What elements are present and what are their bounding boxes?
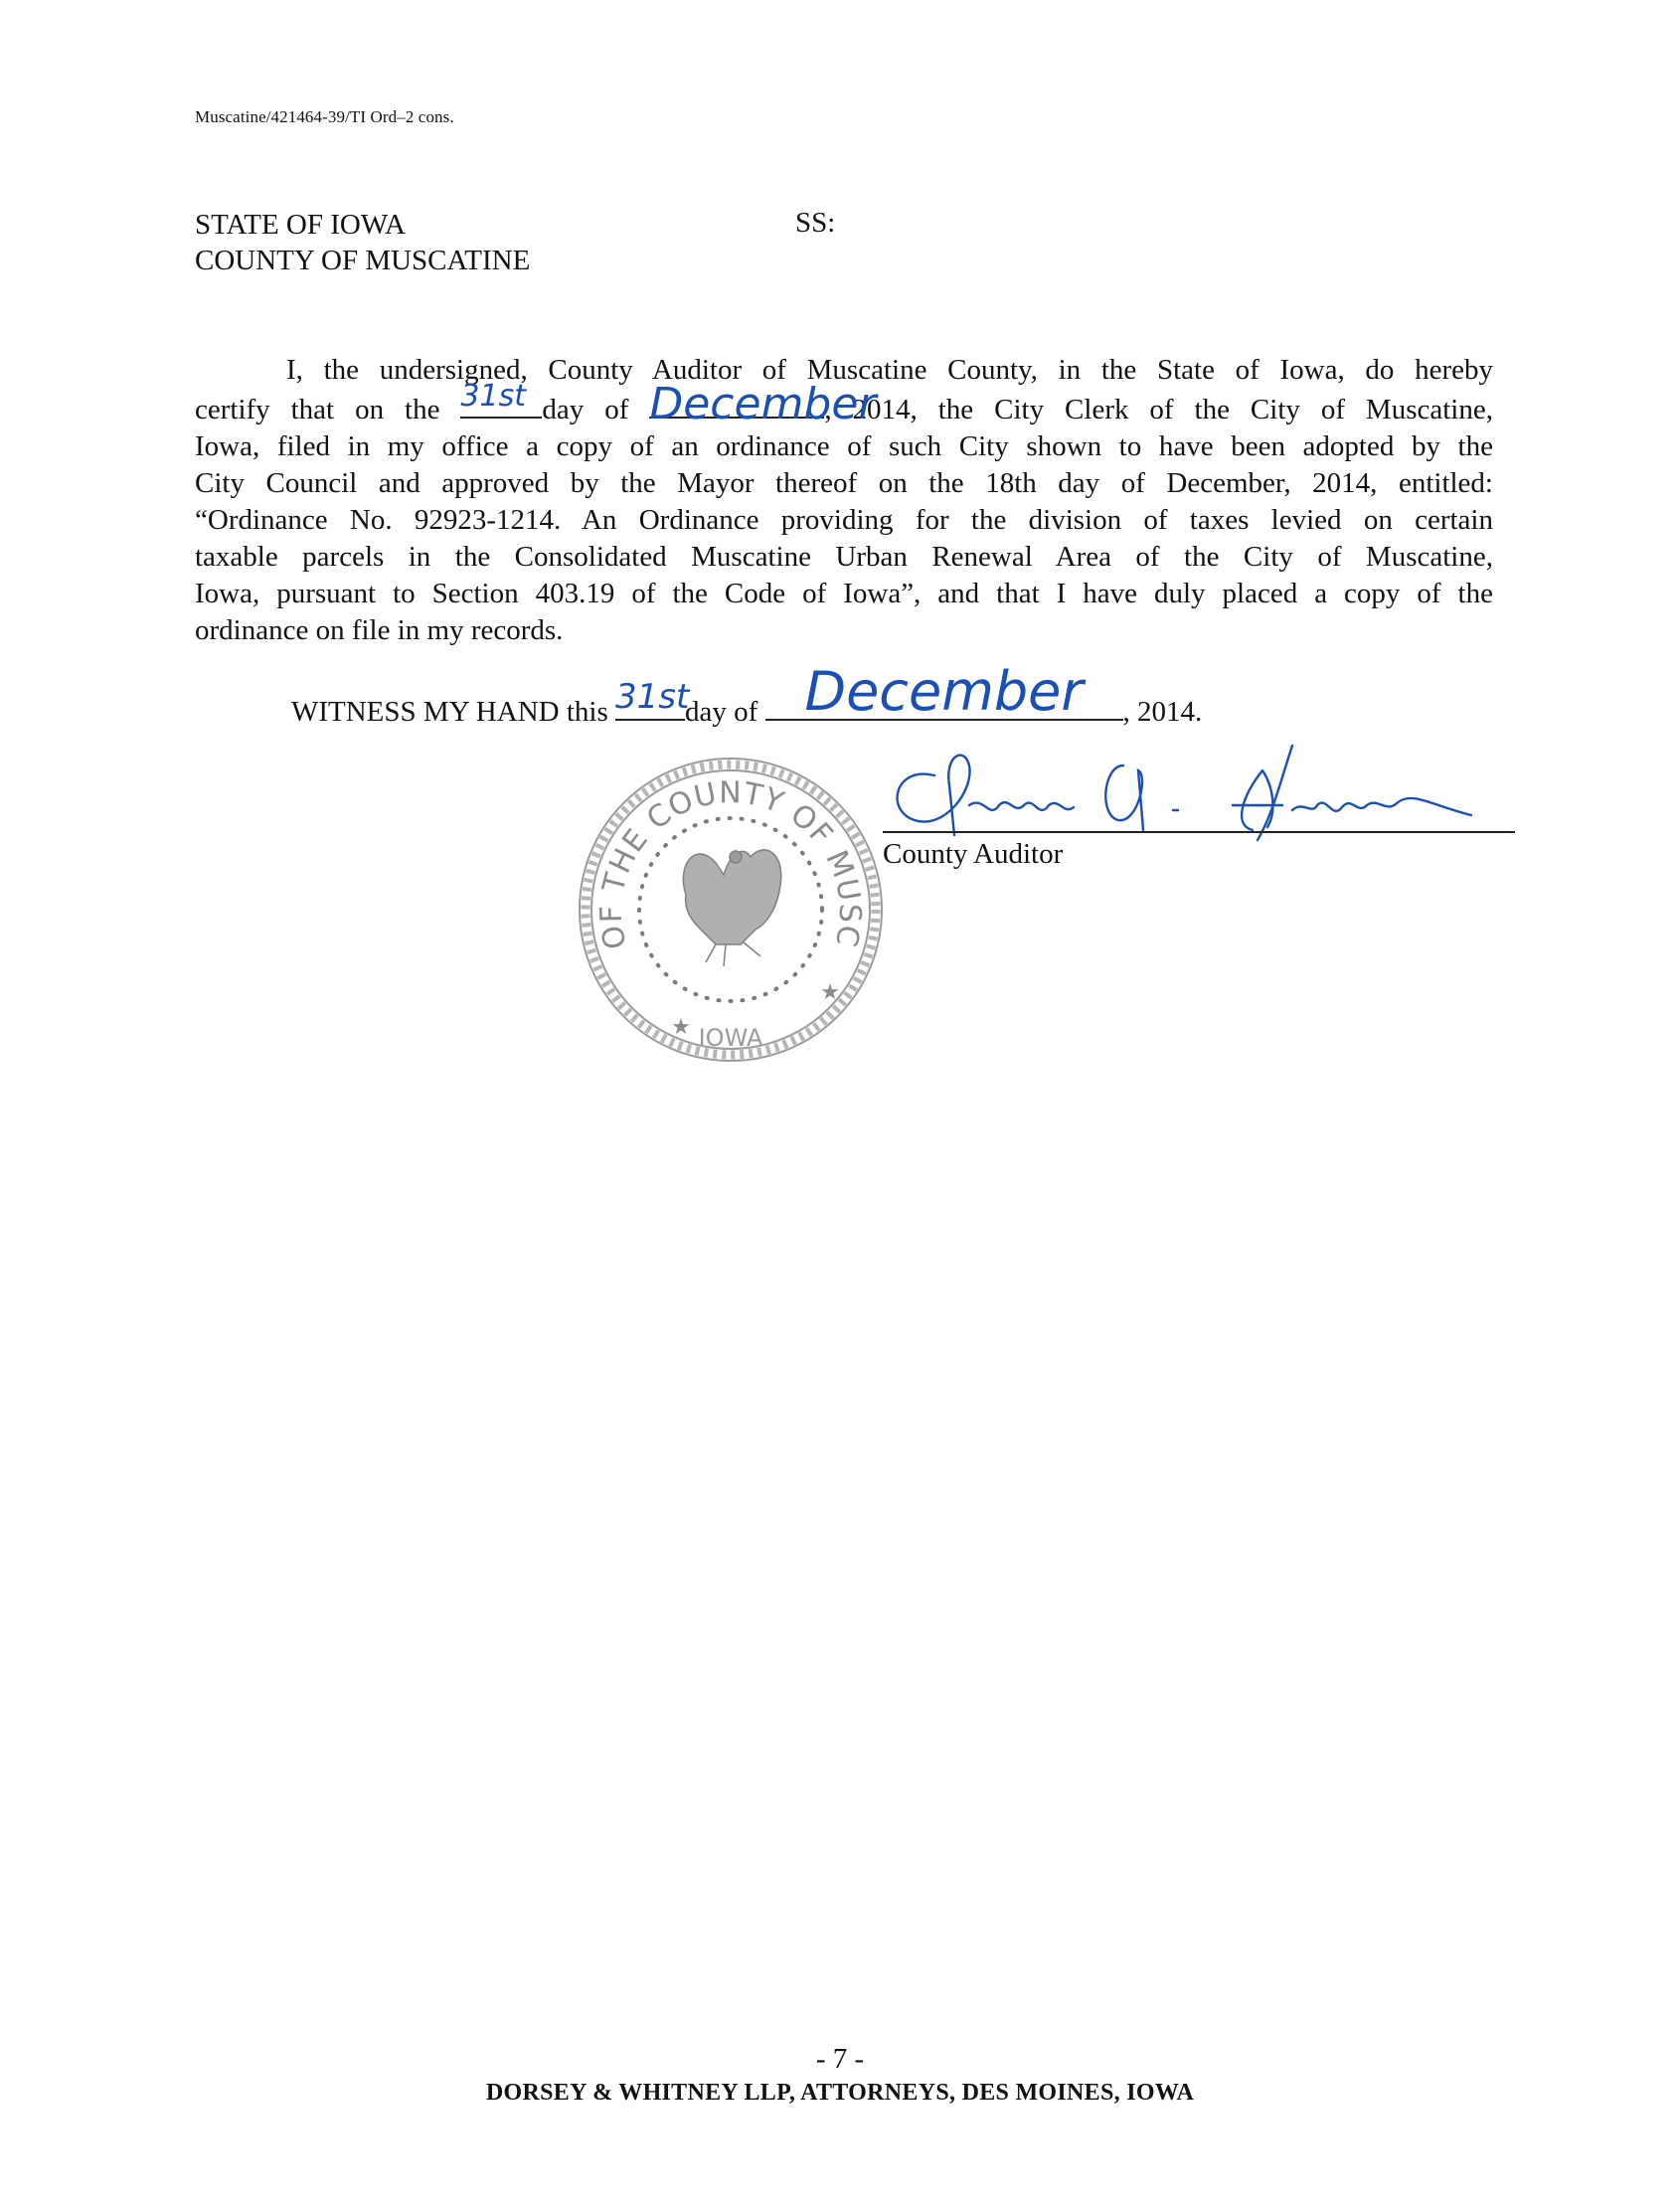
firm-footer: DORSEY & WHITNEY LLP, ATTORNEYS, DES MOI… xyxy=(0,2080,1680,2107)
filed-month-blank: December xyxy=(649,389,824,419)
witness-day-handwritten: 31st xyxy=(615,677,685,717)
signature-line xyxy=(883,831,1515,833)
auditor-signature-icon xyxy=(875,736,1511,845)
witness-month-blank: December xyxy=(765,691,1123,721)
filed-month-handwritten: December xyxy=(649,386,824,423)
svg-text:★: ★ xyxy=(671,1014,691,1039)
text-fragment: certify that on the xyxy=(195,394,439,425)
text-fragment: day of xyxy=(685,696,757,728)
certificate-line: Iowa, filed in my office a copy of an or… xyxy=(195,428,1493,465)
certificate-line-filed-date: certify that on the 31stday of December,… xyxy=(195,389,1493,428)
page-number: - 7 - xyxy=(0,2043,1680,2076)
filed-day-handwritten: 31st xyxy=(460,378,542,415)
caption-ss: SS: xyxy=(795,207,835,240)
witness-day-blank: 31st xyxy=(615,691,685,721)
certificate-line: Iowa, pursuant to Section 403.19 of the … xyxy=(195,576,1493,612)
certificate-line: “Ordinance No. 92923-1214. An Ordinance … xyxy=(195,502,1493,539)
filed-day-blank: 31st xyxy=(460,389,542,419)
signature-title: County Auditor xyxy=(883,838,1063,871)
text-fragment: day of xyxy=(542,394,628,425)
certificate-body: I, the undersigned, County Auditor of Mu… xyxy=(195,352,1493,649)
certificate-line: taxable parcels in the Consolidated Musc… xyxy=(195,539,1493,576)
document-reference: Muscatine/421464-39/TI Ord–2 cons. xyxy=(195,107,454,127)
svg-text:IOWA: IOWA xyxy=(699,1024,763,1052)
caption-county: COUNTY OF MUSCATINE xyxy=(195,243,530,278)
certificate-line: ordinance on file in my records. xyxy=(195,612,1493,649)
text-fragment: WITNESS MY HAND this xyxy=(291,696,608,728)
text-fragment: , 2014, the City Clerk of the City of Mu… xyxy=(824,394,1493,425)
caption-state: STATE OF IOWA xyxy=(195,207,406,243)
witness-line: WITNESS MY HAND this 31stday of December… xyxy=(291,691,1202,729)
witness-month-handwritten: December xyxy=(765,660,1123,723)
text-fragment: , 2014. xyxy=(1123,696,1203,728)
county-seal-icon: SEAL OF THE COUNTY OF MUSCATINE IOWA ★ ★ xyxy=(567,746,895,1074)
svg-text:★: ★ xyxy=(820,979,840,1004)
certificate-line: City Council and approved by the Mayor t… xyxy=(195,465,1493,502)
